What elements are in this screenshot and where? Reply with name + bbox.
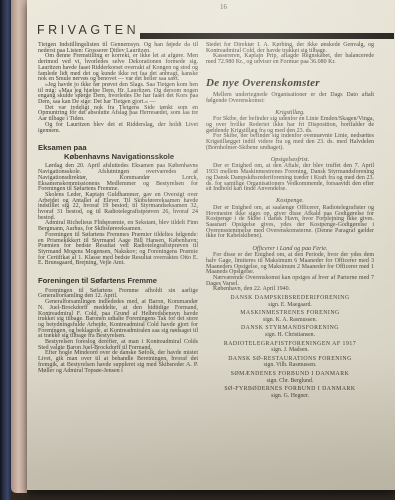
book-photo: 16 FRIVAGTEN Tietgen Indstillingslisten … [0, 0, 395, 500]
photo-vignette [27, 0, 395, 490]
book-spine [0, 0, 11, 500]
page-edge [11, 0, 27, 493]
magazine-page: 16 FRIVAGTEN Tietgen Indstillingslisten … [27, 0, 395, 490]
